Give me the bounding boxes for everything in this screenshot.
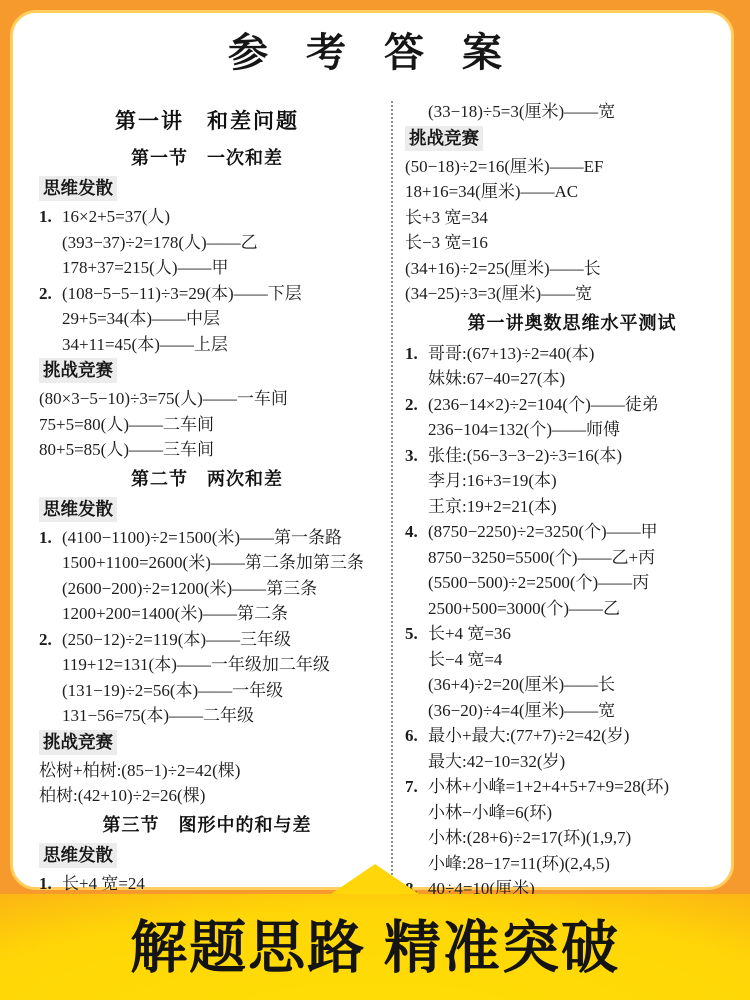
- answer-line: 1500+1100=2600(米)——第二条加第三条: [39, 550, 375, 576]
- answer-line: 长−4 宽=4: [405, 647, 739, 673]
- category-tag-row: 挑战竞赛: [405, 126, 739, 153]
- workbook-answer-page: { "title": "参 考 答 案", "banner": { "text"…: [0, 0, 750, 1000]
- page-title: 参 考 答 案: [13, 29, 731, 77]
- answer-line: 18+16=34(厘米)——AC: [405, 179, 739, 205]
- answer-line: 131−56=75(本)——二年级: [39, 703, 375, 729]
- answer-line: 最大:42−10=32(岁): [405, 749, 739, 775]
- answer-line: (80×3−5−10)÷3=75(人)——一车间: [39, 386, 375, 412]
- category-tag: 挑战竞赛: [39, 730, 117, 755]
- answer-text: 最小+最大:(77+7)÷2=42(岁): [428, 723, 629, 749]
- answer-line: (50−18)÷2=16(厘米)——EF: [405, 154, 739, 180]
- answer-line: 松树+柏树:(85−1)÷2=42(棵): [39, 758, 375, 784]
- item-number: 1.: [39, 871, 62, 897]
- answer-line: 2.(108−5−5−11)÷3=29(本)——下层: [39, 281, 375, 307]
- answer-line: 75+5=80(人)——二车间: [39, 412, 375, 438]
- answer-line: 236−104=132(个)——师傅: [405, 417, 739, 443]
- answer-text: (8750−2250)÷2=3250(个)——甲: [428, 519, 658, 545]
- answer-line: 1.16×2+5=37(人): [39, 204, 375, 230]
- answer-text: 张佳:(56−3−3−2)÷3=16(本): [428, 443, 622, 469]
- answer-text: 16×2+5=37(人): [62, 204, 170, 230]
- answer-line: 1.(4100−1100)÷2=1500(米)——第一条路: [39, 525, 375, 551]
- answer-line: (36−20)÷4=4(厘米)——宽: [405, 698, 739, 724]
- section-heading: 第二节 两次和差: [39, 466, 375, 493]
- category-tag: 思维发散: [39, 176, 117, 201]
- answer-line: 2.(250−12)÷2=119(本)——三年级: [39, 627, 375, 653]
- answer-text: (4100−1100)÷2=1500(米)——第一条路: [62, 525, 342, 551]
- answer-line: 小峰:28−17=11(环)(2,4,5): [405, 851, 739, 877]
- answer-text: (108−5−5−11)÷3=29(本)——下层: [62, 281, 302, 307]
- answer-line: 3.张佳:(56−3−3−2)÷3=16(本): [405, 443, 739, 469]
- section-heading: 第三节 图形中的和与差: [39, 812, 375, 839]
- answer-text: 哥哥:(67+13)÷2=40(本): [428, 341, 594, 367]
- answer-line: (393−37)÷2=178(人)——乙: [39, 230, 375, 256]
- answer-line: (34+16)÷2=25(厘米)——长: [405, 256, 739, 282]
- answer-line: 6.最小+最大:(77+7)÷2=42(岁): [405, 723, 739, 749]
- item-number: 2.: [39, 281, 62, 307]
- answer-line: 李月:16+3=19(本): [405, 468, 739, 494]
- answer-line: 29+5=34(本)——中层: [39, 306, 375, 332]
- answer-line: (34−25)÷3=3(厘米)——宽: [405, 281, 739, 307]
- answer-line: (2600−200)÷2=1200(米)——第三条: [39, 576, 375, 602]
- answer-text: 长+4 宽=24: [62, 871, 145, 897]
- answer-line: 王京:19+2=21(本): [405, 494, 739, 520]
- answer-line: 妹妹:67−40=27(本): [405, 366, 739, 392]
- category-tag: 挑战竞赛: [405, 126, 483, 151]
- promo-banner: 解题思路 精准突破: [0, 894, 750, 1000]
- answer-line: 4.(8750−2250)÷2=3250(个)——甲: [405, 519, 739, 545]
- answer-line: 5.长+4 宽=36: [405, 621, 739, 647]
- answer-line: 小林:(28+6)÷2=17(环)(1,9,7): [405, 825, 739, 851]
- answer-line: (5500−500)÷2=2500(个)——丙: [405, 570, 739, 596]
- answer-line: 1.长+4 宽=24: [39, 871, 375, 897]
- item-number: 5.: [405, 621, 428, 647]
- answer-line: 长+3 宽=34: [405, 205, 739, 231]
- answer-line: 119+12=131(本)——一年级加二年级: [39, 652, 375, 678]
- answer-text: 长+4 宽=36: [428, 621, 511, 647]
- category-tag: 挑战竞赛: [39, 358, 117, 383]
- answer-text: (250−12)÷2=119(本)——三年级: [62, 627, 291, 653]
- section-heading: 第一节 一次和差: [39, 145, 375, 172]
- category-tag: 思维发散: [39, 497, 117, 522]
- answer-text: 小林+小峰=1+2+4+5+7+9=28(环): [428, 774, 669, 800]
- banner-notch-triangle: [331, 864, 419, 894]
- answers-column-left: 第一讲 和差问题第一节 一次和差思维发散1.16×2+5=37(人)(393−3…: [39, 105, 375, 896]
- answer-line: 2.(236−14×2)÷2=104(个)——徒弟: [405, 392, 739, 418]
- answer-line: 80+5=85(人)——三车间: [39, 437, 375, 463]
- answer-line: 长−3 宽=16: [405, 230, 739, 256]
- item-number: 3.: [405, 443, 428, 469]
- answer-line: (131−19)÷2=56(本)——一年级: [39, 678, 375, 704]
- section-heading: 第一讲奥数思维水平测试: [405, 310, 739, 337]
- item-number: 1.: [405, 341, 428, 367]
- category-tag-row: 挑战竞赛: [39, 730, 375, 757]
- answer-line: 34+11=45(本)——上层: [39, 332, 375, 358]
- item-number: 1.: [39, 204, 62, 230]
- item-number: 6.: [405, 723, 428, 749]
- category-tag-row: 挑战竞赛: [39, 358, 375, 385]
- category-tag-row: 思维发散: [39, 497, 375, 524]
- answer-line: 2500+500=3000(个)——乙: [405, 596, 739, 622]
- category-tag-row: 思维发散: [39, 176, 375, 203]
- answer-line: (36+4)÷2=20(厘米)——长: [405, 672, 739, 698]
- category-tag-row: 思维发散: [39, 843, 375, 870]
- answer-text: (236−14×2)÷2=104(个)——徒弟: [428, 392, 659, 418]
- answer-line: 小林−小峰=6(环): [405, 800, 739, 826]
- answer-line: (33−18)÷5=3(厘米)——宽: [405, 99, 739, 125]
- item-number: 2.: [405, 392, 428, 418]
- category-tag: 思维发散: [39, 843, 117, 868]
- answer-line: 178+37=215(人)——甲: [39, 255, 375, 281]
- column-divider-dotted-line: [391, 101, 393, 887]
- answer-line: 7.小林+小峰=1+2+4+5+7+9=28(环): [405, 774, 739, 800]
- item-number: 2.: [39, 627, 62, 653]
- answer-line: 1200+200=1400(米)——第二条: [39, 601, 375, 627]
- item-number: 4.: [405, 519, 428, 545]
- banner-slogan: 解题思路 精准突破: [0, 904, 750, 992]
- answer-line: 1.哥哥:(67+13)÷2=40(本): [405, 341, 739, 367]
- answer-line: 柏树:(42+10)÷2=26(棵): [39, 783, 375, 809]
- item-number: 7.: [405, 774, 428, 800]
- section-heading: 第一讲 和差问题: [39, 107, 375, 137]
- answers-column-right: (33−18)÷5=3(厘米)——宽挑战竞赛(50−18)÷2=16(厘米)——…: [405, 99, 739, 902]
- item-number: 1.: [39, 525, 62, 551]
- answer-line: 8750−3250=5500(个)——乙+丙: [405, 545, 739, 571]
- answer-page-sheet: 参 考 答 案 第一讲 和差问题第一节 一次和差思维发散1.16×2+5=37(…: [10, 10, 734, 890]
